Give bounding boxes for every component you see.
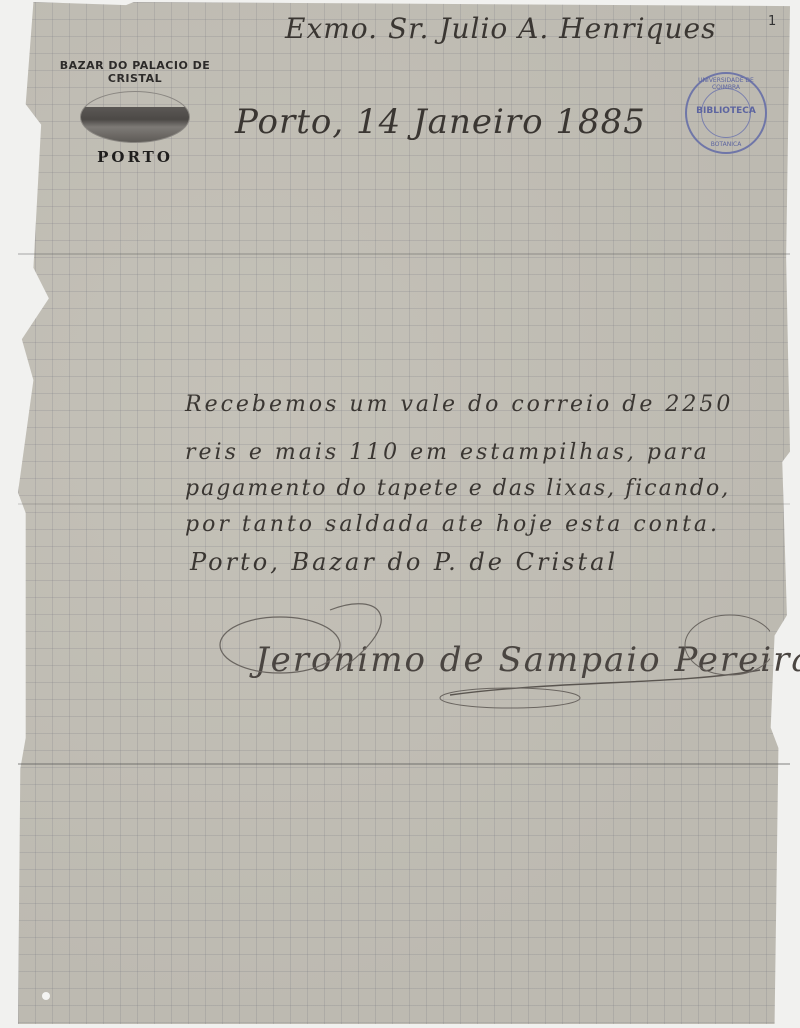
letterhead-title: BAZAR DO PALACIO DE CRISTAL xyxy=(55,59,215,85)
closing-line: Porto, Bazar do P. de Cristal xyxy=(190,548,618,576)
stamp-ring-bottom: BOTANICA xyxy=(687,141,765,148)
page-number: 1 xyxy=(768,14,776,29)
paper-hole xyxy=(42,992,50,1000)
letterhead-city: PORTO xyxy=(55,148,215,166)
body-line: por tanto saldada ate hoje esta conta. xyxy=(185,512,720,537)
fold-line xyxy=(18,253,790,255)
signature-flourish-icon xyxy=(210,590,770,720)
addressee: Exmo. Sr. Julio A. Henriques xyxy=(285,12,716,45)
body-line: pagamento do tapete e das lixas, ficando… xyxy=(185,476,730,501)
place-date: Porto, 14 Janeiro 1885 xyxy=(235,102,646,142)
body-line: Recebemos um vale do correio de 2250 xyxy=(185,392,733,417)
fold-line xyxy=(18,503,790,505)
stamp-center: BIBLIOTECA xyxy=(687,106,765,116)
fold-line xyxy=(18,763,790,765)
library-stamp: UNIVERSIDADE DE COIMBRA BIBLIOTECA BOTAN… xyxy=(685,72,767,154)
stamp-ring-top: UNIVERSIDADE DE COIMBRA xyxy=(687,77,765,91)
body-line: reis e mais 110 em estampilhas, para xyxy=(185,440,710,465)
letterhead: BAZAR DO PALACIO DE CRISTAL PORTO xyxy=(55,55,215,185)
crystal-palace-engraving-icon xyxy=(80,91,190,143)
